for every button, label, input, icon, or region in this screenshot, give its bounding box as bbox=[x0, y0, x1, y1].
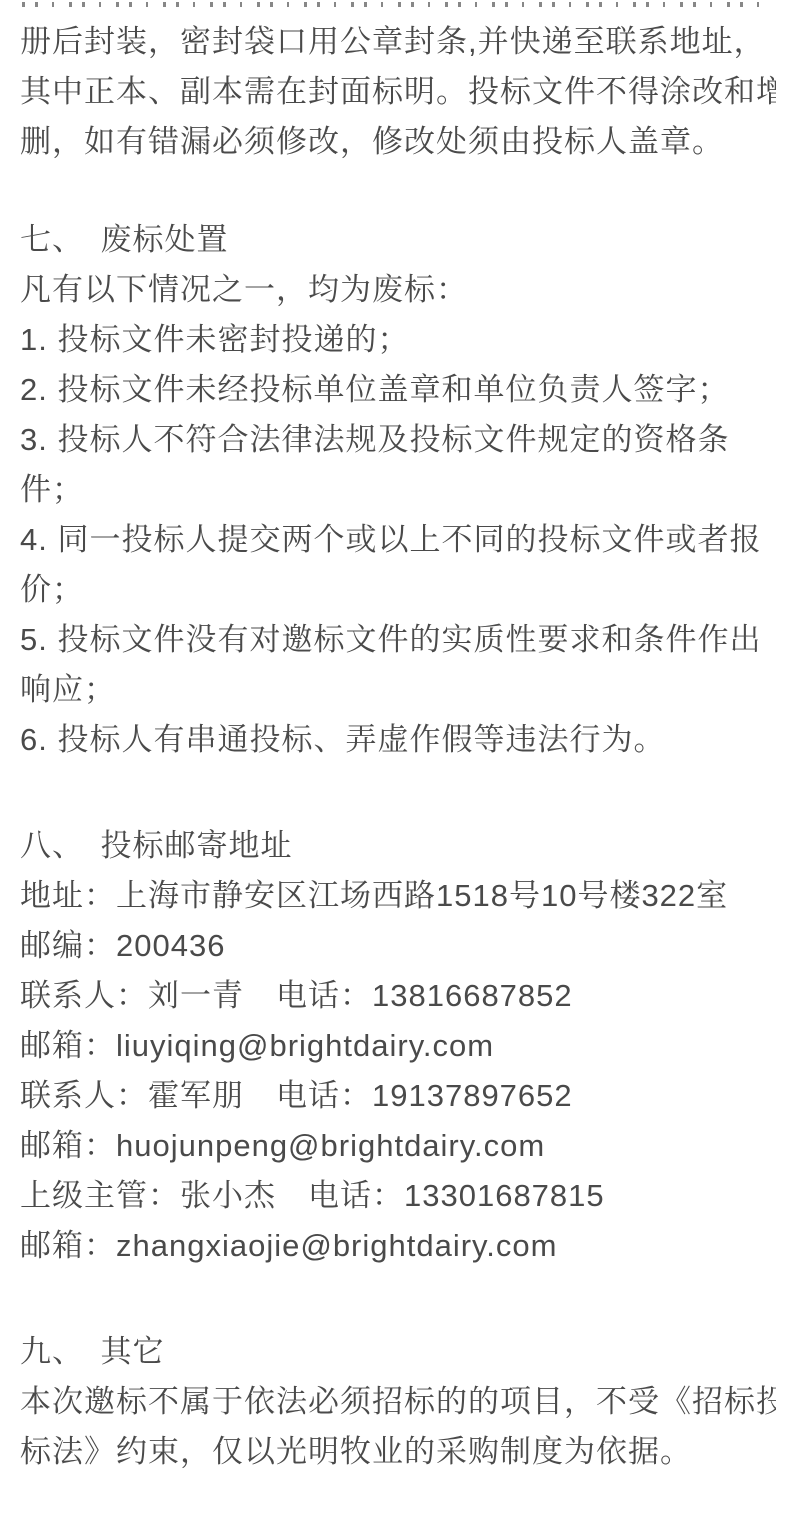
document-page: 册后封装，密封袋口用公章封条,并快递至联系地址， 其中正本、副本需在封面标明。投… bbox=[0, 0, 800, 1519]
list-item: 4. 同一投标人提交两个或以上不同的投标文件或者报 bbox=[20, 515, 776, 565]
section-invalid-bids: 七、 废标处置 凡有以下情况之一，均为废标： 1. 投标文件未密封投递的； 2.… bbox=[20, 215, 776, 765]
document-body: 册后封装，密封袋口用公章封条,并快递至联系地址， 其中正本、副本需在封面标明。投… bbox=[0, 7, 800, 1477]
section-other: 九、 其它 本次邀标不属于依法必须招标的的项目，不受《招标投 标法》约束，仅以光… bbox=[20, 1327, 776, 1477]
list-item: 5. 投标文件没有对邀标文件的实质性要求和条件作出 bbox=[20, 615, 776, 665]
list-item: 2. 投标文件未经投标单位盖章和单位负责人签字； bbox=[20, 365, 776, 415]
section-heading: 八、 投标邮寄地址 bbox=[20, 821, 776, 871]
clipped-text-fragment bbox=[22, 2, 772, 7]
doc-line: 其中正本、副本需在封面标明。投标文件不得涂改和增 bbox=[20, 67, 776, 117]
doc-line: 标法》约束，仅以光明牧业的采购制度为依据。 bbox=[20, 1427, 776, 1477]
list-item-continuation: 件； bbox=[20, 465, 776, 515]
paragraph-sealing-instructions: 册后封装，密封袋口用公章封条,并快递至联系地址， 其中正本、副本需在封面标明。投… bbox=[20, 17, 776, 167]
list-item: 6. 投标人有串通投标、弄虚作假等违法行为。 bbox=[20, 715, 776, 765]
section-gap bbox=[20, 1271, 776, 1327]
doc-line: 册后封装，密封袋口用公章封条,并快递至联系地址， bbox=[20, 17, 776, 67]
section-heading: 七、 废标处置 bbox=[20, 215, 776, 265]
doc-line: 删，如有错漏必须修改，修改处须由投标人盖章。 bbox=[20, 117, 776, 167]
doc-line: 凡有以下情况之一，均为废标： bbox=[20, 265, 776, 315]
supervisor-line: 上级主管：张小杰 电话：13301687815 bbox=[20, 1171, 776, 1221]
list-item-continuation: 价； bbox=[20, 565, 776, 615]
contact-line: 联系人：刘一青 电话：13816687852 bbox=[20, 971, 776, 1021]
list-item-continuation: 响应； bbox=[20, 665, 776, 715]
section-gap bbox=[20, 765, 776, 821]
list-item: 3. 投标人不符合法律法规及投标文件规定的资格条 bbox=[20, 415, 776, 465]
doc-line: 本次邀标不属于依法必须招标的的项目，不受《招标投 bbox=[20, 1377, 776, 1427]
email-line: 邮箱：huojunpeng@brightdairy.com bbox=[20, 1121, 776, 1171]
contact-line: 联系人：霍军朋 电话：19137897652 bbox=[20, 1071, 776, 1121]
postcode-line: 邮编：200436 bbox=[20, 921, 776, 971]
section-mailing-address: 八、 投标邮寄地址 地址：上海市静安区江场西路1518号10号楼322室 邮编：… bbox=[20, 821, 776, 1271]
email-line: 邮箱：zhangxiaojie@brightdairy.com bbox=[20, 1221, 776, 1271]
section-gap bbox=[20, 167, 776, 215]
section-heading: 九、 其它 bbox=[20, 1327, 776, 1377]
email-line: 邮箱：liuyiqing@brightdairy.com bbox=[20, 1021, 776, 1071]
address-line: 地址：上海市静安区江场西路1518号10号楼322室 bbox=[20, 871, 776, 921]
list-item: 1. 投标文件未密封投递的； bbox=[20, 315, 776, 365]
